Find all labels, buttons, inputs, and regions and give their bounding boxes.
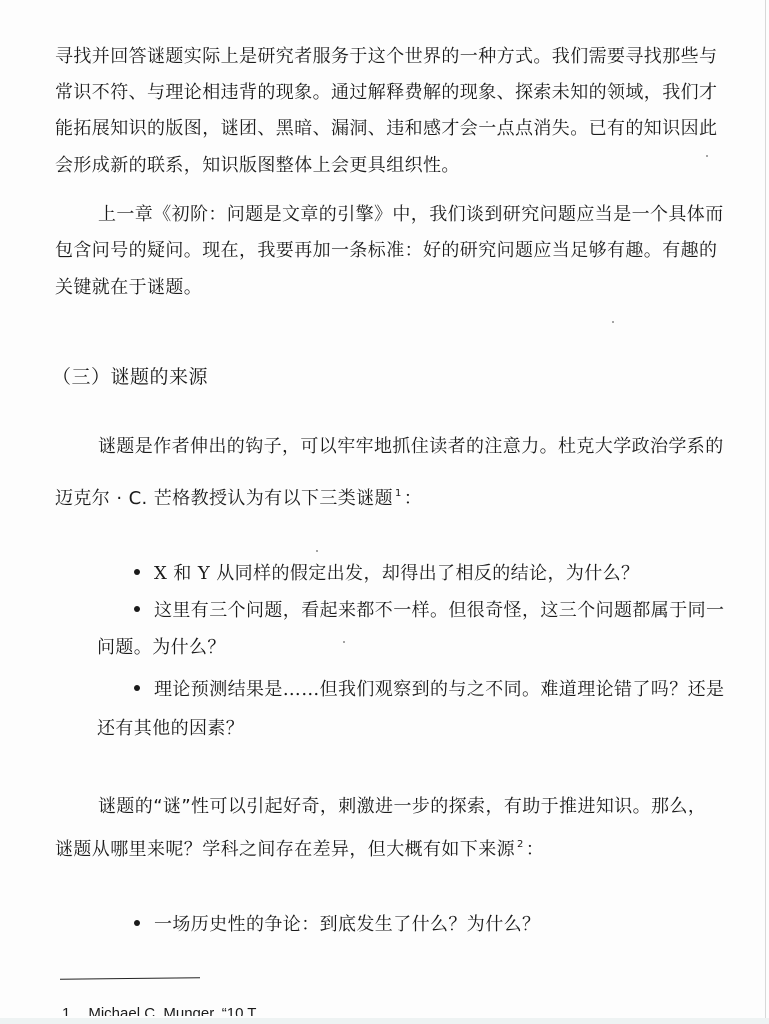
paragraph-1-line-3: 能拓展知识的版图，谜团、黑暗、漏洞、违和感才会一点点消失。已有的知识因此 (55, 118, 717, 140)
paragraph-3-line-1: 谜题是作者伸出的钩子，可以牢牢地抓住读者的注意力。杜克大学政治学系的 (98, 436, 724, 458)
bullet-icon (134, 685, 140, 691)
paragraph-2-line-2: 包含问号的疑问。现在，我要再加一条标准：好的研究问题应当足够有趣。有趣的 (55, 240, 717, 262)
scan-speck (612, 321, 614, 323)
document-page: 寻找并回答谜题实际上是研究者服务于这个世界的一种方式。我们需要寻找那些与 常识不… (0, 0, 769, 1024)
source-item-1-text: 一场历史性的争论：到底发生了什么？为什么？ (154, 914, 540, 935)
scan-speck (343, 641, 345, 643)
bullet-icon (134, 606, 140, 612)
page-bottom-edge (0, 1018, 769, 1024)
paragraph-4-line-2: 谜题从哪里来呢？学科之间存在差异，但大概有如下来源2： (55, 834, 544, 861)
puzzle-type-2-text: 这里有三个问题，看起来都不一样。但很奇怪，这三个问题都属于同一 (154, 600, 724, 621)
paragraph-3-line-2-end: ： (404, 488, 422, 509)
footnote-ref-1[interactable]: 1 (395, 488, 402, 499)
paragraph-1-line-4: 会形成新的联系，知识版图整体上会更具组织性。 (55, 155, 460, 177)
puzzle-type-1-text: X 和 Y 从同样的假定出发，却得出了相反的结论，为什么？ (154, 563, 639, 584)
puzzle-type-1: X 和 Y 从同样的假定出发，却得出了相反的结论，为什么？ (134, 563, 639, 585)
source-item-1: 一场历史性的争论：到底发生了什么？为什么？ (134, 914, 540, 936)
paragraph-2-line-3: 关键就在于谜题。 (55, 277, 202, 299)
paragraph-3-line-2-text: 迈克尔 · C. 芒格教授认为有以下三类谜题 (55, 488, 393, 509)
bullet-icon (134, 920, 140, 926)
page-edge (765, 0, 766, 1024)
paragraph-2-line-1: 上一章《初阶：问题是文章的引擎》中，我们谈到研究问题应当是一个具体而 (98, 204, 724, 226)
puzzle-type-2: 这里有三个问题，看起来都不一样。但很奇怪，这三个问题都属于同一 (134, 600, 724, 622)
footnote-ref-2[interactable]: 2 (517, 839, 524, 850)
puzzle-type-3: 理论预测结果是……但我们观察到的与之不同。难道理论错了吗？还是 (134, 679, 724, 701)
scan-speck (706, 155, 708, 157)
puzzle-type-3-continued: 还有其他的因素？ (97, 718, 244, 740)
puzzle-type-2-continued: 问题。为什么？ (97, 637, 226, 659)
scan-speck (486, 121, 488, 123)
scan-speck (168, 157, 170, 159)
paragraph-4-line-1: 谜题的“谜”性可以引起好奇，刺激进一步的探索，有助于推进知识。那么， (98, 796, 706, 818)
puzzle-type-3-text: 理论预测结果是……但我们观察到的与之不同。难道理论错了吗？还是 (154, 679, 724, 700)
paragraph-1-line-2: 常识不符、与理论相违背的现象。通过解释费解的现象、探索未知的领域，我们才 (55, 82, 717, 104)
paragraph-3-line-2: 迈克尔 · C. 芒格教授认为有以下三类谜题1： (55, 483, 422, 510)
bullet-icon (134, 569, 140, 575)
section-heading: （三）谜题的来源 (52, 366, 208, 388)
footnote-divider (60, 977, 200, 979)
paragraph-4-line-2-text: 谜题从哪里来呢？学科之间存在差异，但大概有如下来源 (55, 839, 515, 860)
paragraph-4-line-2-end: ： (526, 839, 544, 860)
paragraph-1-line-1: 寻找并回答谜题实际上是研究者服务于这个世界的一种方式。我们需要寻找那些与 (55, 46, 717, 68)
scan-speck (316, 550, 318, 552)
